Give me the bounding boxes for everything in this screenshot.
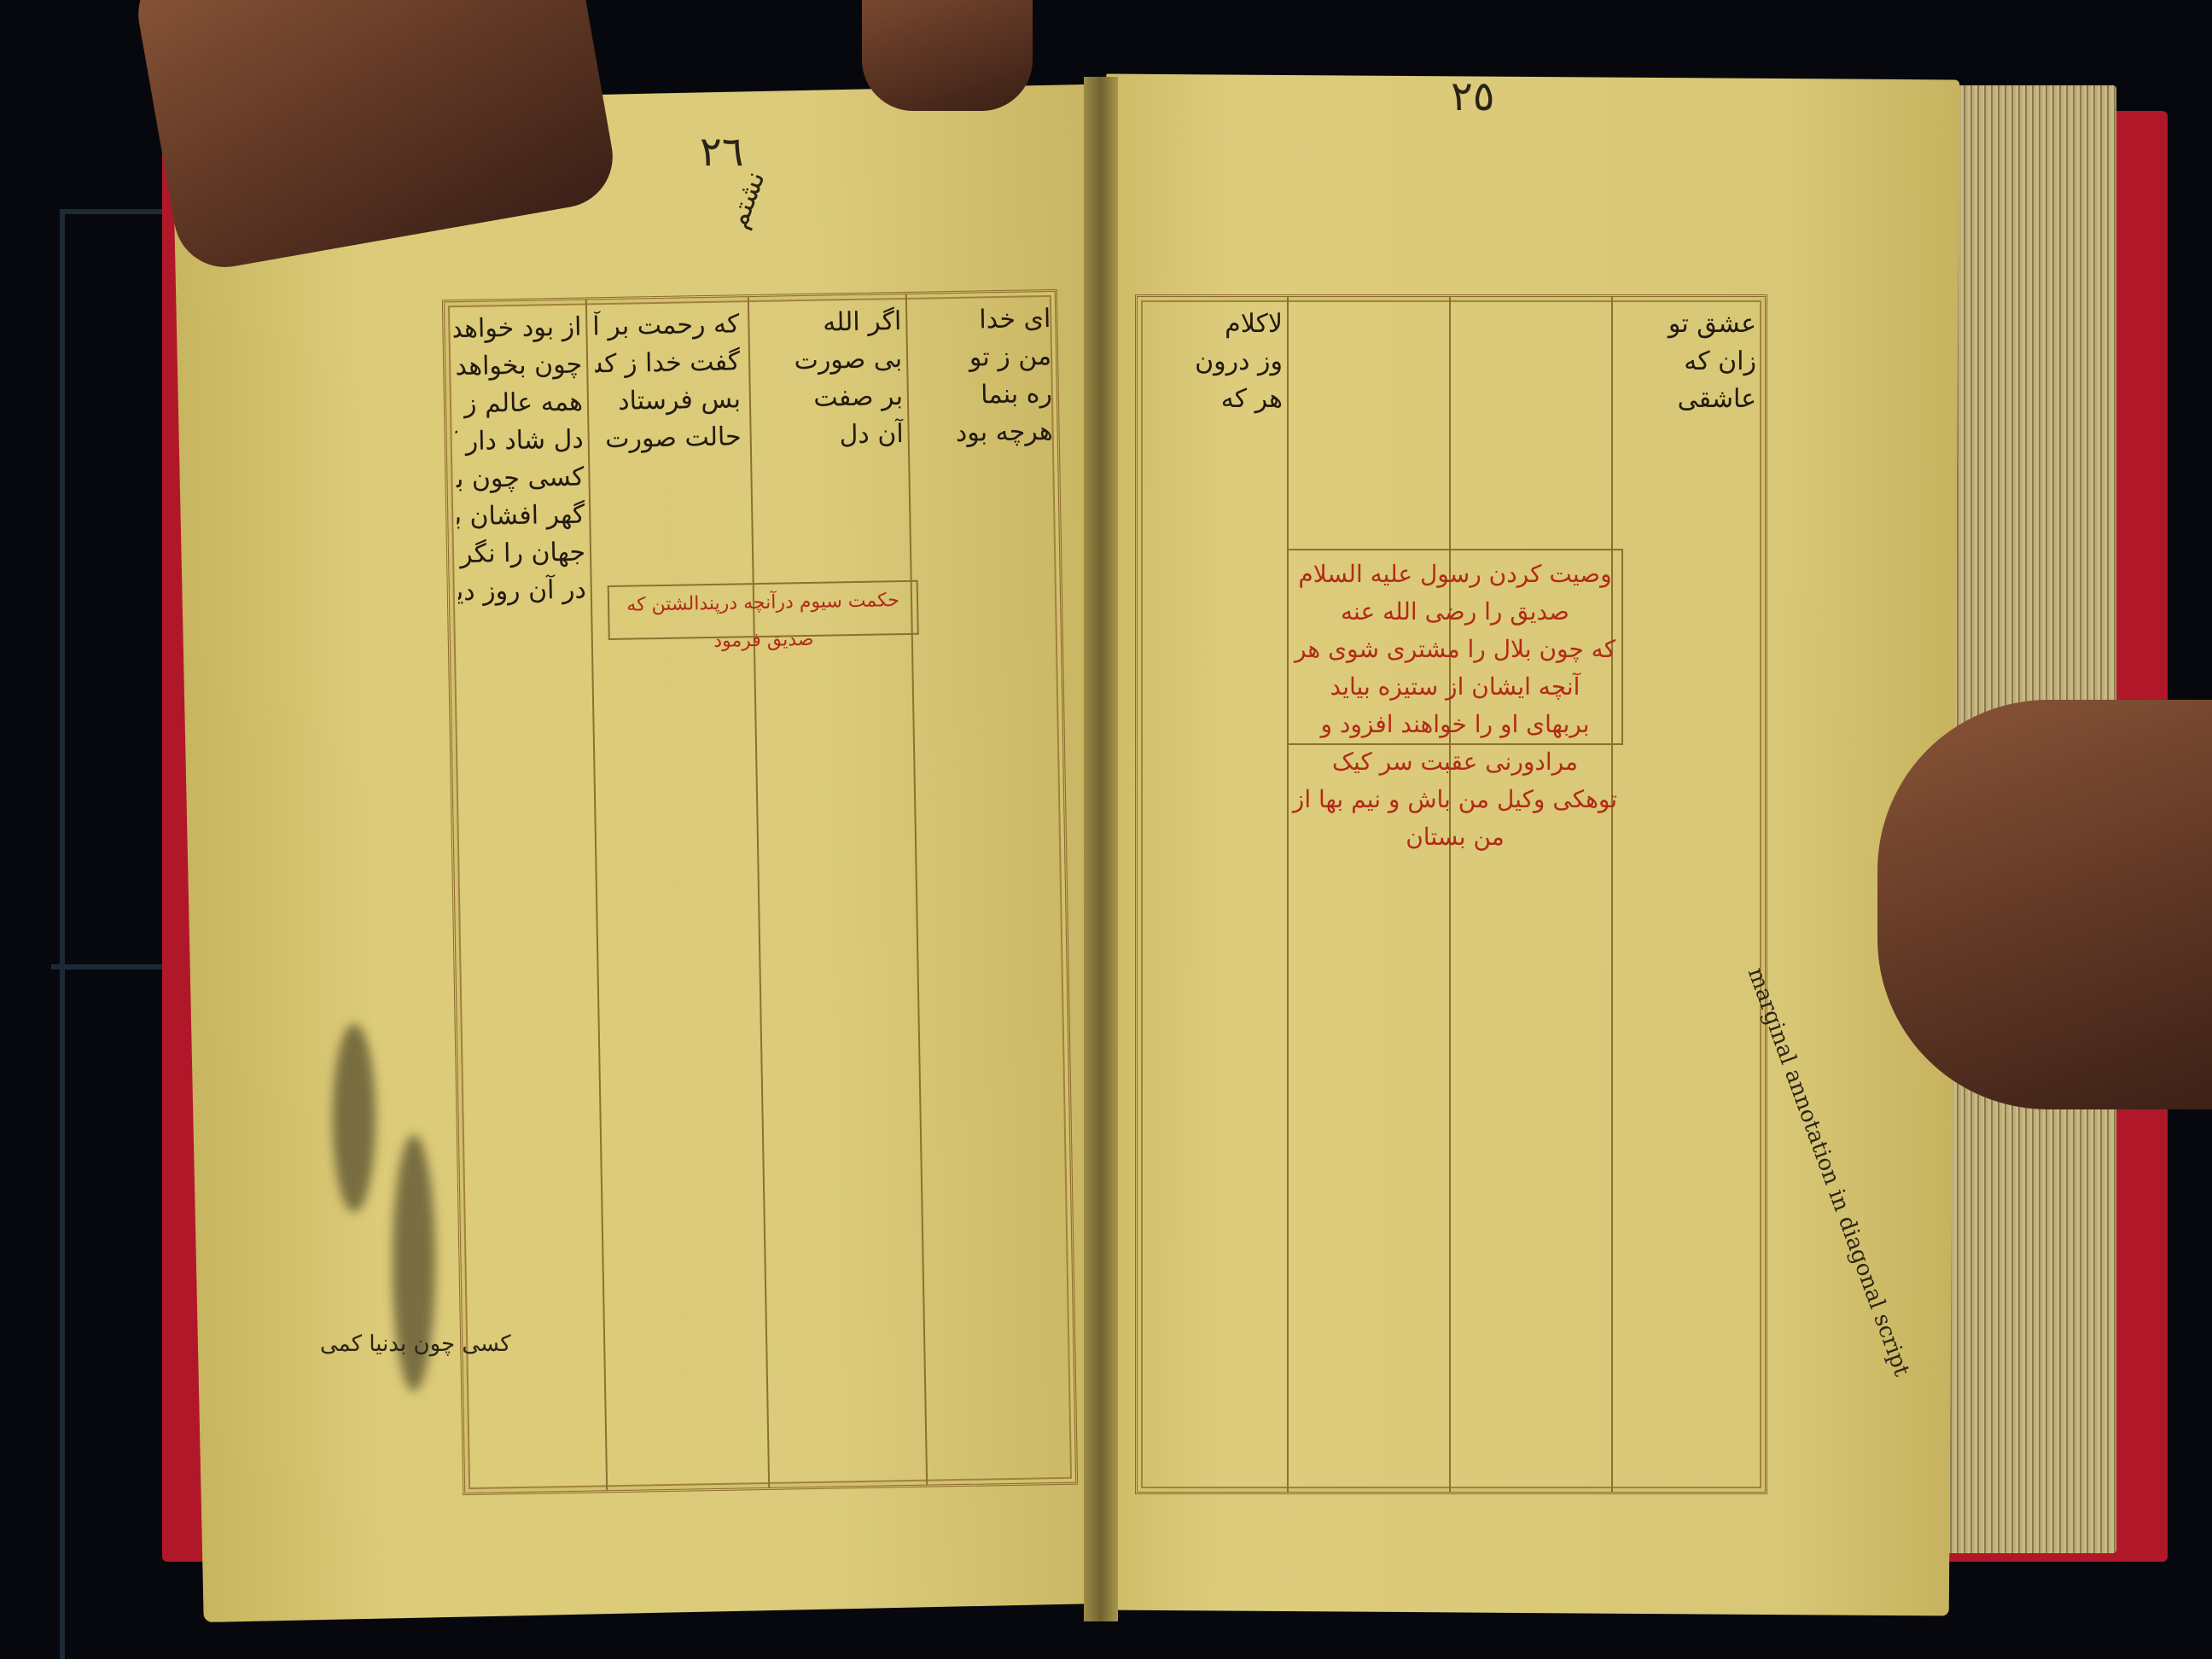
book-gutter [1084, 77, 1118, 1621]
ink-stain [333, 1024, 375, 1212]
column-divider [1611, 297, 1613, 1492]
rubric-line: توهکی وکیل من باش و نیم بها از من بستان [1289, 781, 1621, 856]
text-column: از بود خواهد بکنچون بخواهد جزهمه عالم ز … [453, 309, 602, 1480]
left-rubric: حکمت سیوم درآنچه درپندالشتن که صدیق فرمو… [608, 580, 919, 640]
right-text-frame: وصیت کردن رسول علیه السلام صدیق را رضی ا… [1135, 294, 1767, 1494]
text-column: ای خدامن ز توره بنماهرچه بود [914, 300, 1071, 1472]
left-folio-number: ٢٦ [700, 128, 744, 176]
column-divider [1287, 297, 1289, 1492]
rubric-line: وصیت کردن رسول علیه السلام صدیق را رضی ا… [1289, 556, 1621, 631]
hand-right [1877, 700, 2212, 1109]
left-text-frame: حکمت سیوم درآنچه درپندالشتن که صدیق فرمو… [442, 289, 1078, 1495]
text-column: که رحمت بر آنگفت خدا ز کسبس فرستادحالت ص… [594, 306, 744, 581]
right-folio-number: ٢٥ [1451, 73, 1495, 120]
text-column: عشق توزان کهعاشقی [1620, 306, 1756, 1475]
rubric-line: که چون بلال را مشتری شوی هر آنچه ایشان ا… [1289, 631, 1621, 706]
right-rubric: وصیت کردن رسول علیه السلام صدیق را رضی ا… [1287, 549, 1623, 745]
mat-line [60, 209, 65, 1659]
column-divider [1449, 297, 1451, 1492]
text-column: لاکلاموز درونهر که [1146, 306, 1283, 1475]
rubric-line: بربهای او را خواهند افزود و مرادورنی عقب… [1289, 706, 1621, 781]
finger-top [862, 0, 1033, 111]
ink-stain [393, 1135, 435, 1391]
text-column: اگر اللهبی صورتبر صفتآن دل [756, 303, 906, 579]
